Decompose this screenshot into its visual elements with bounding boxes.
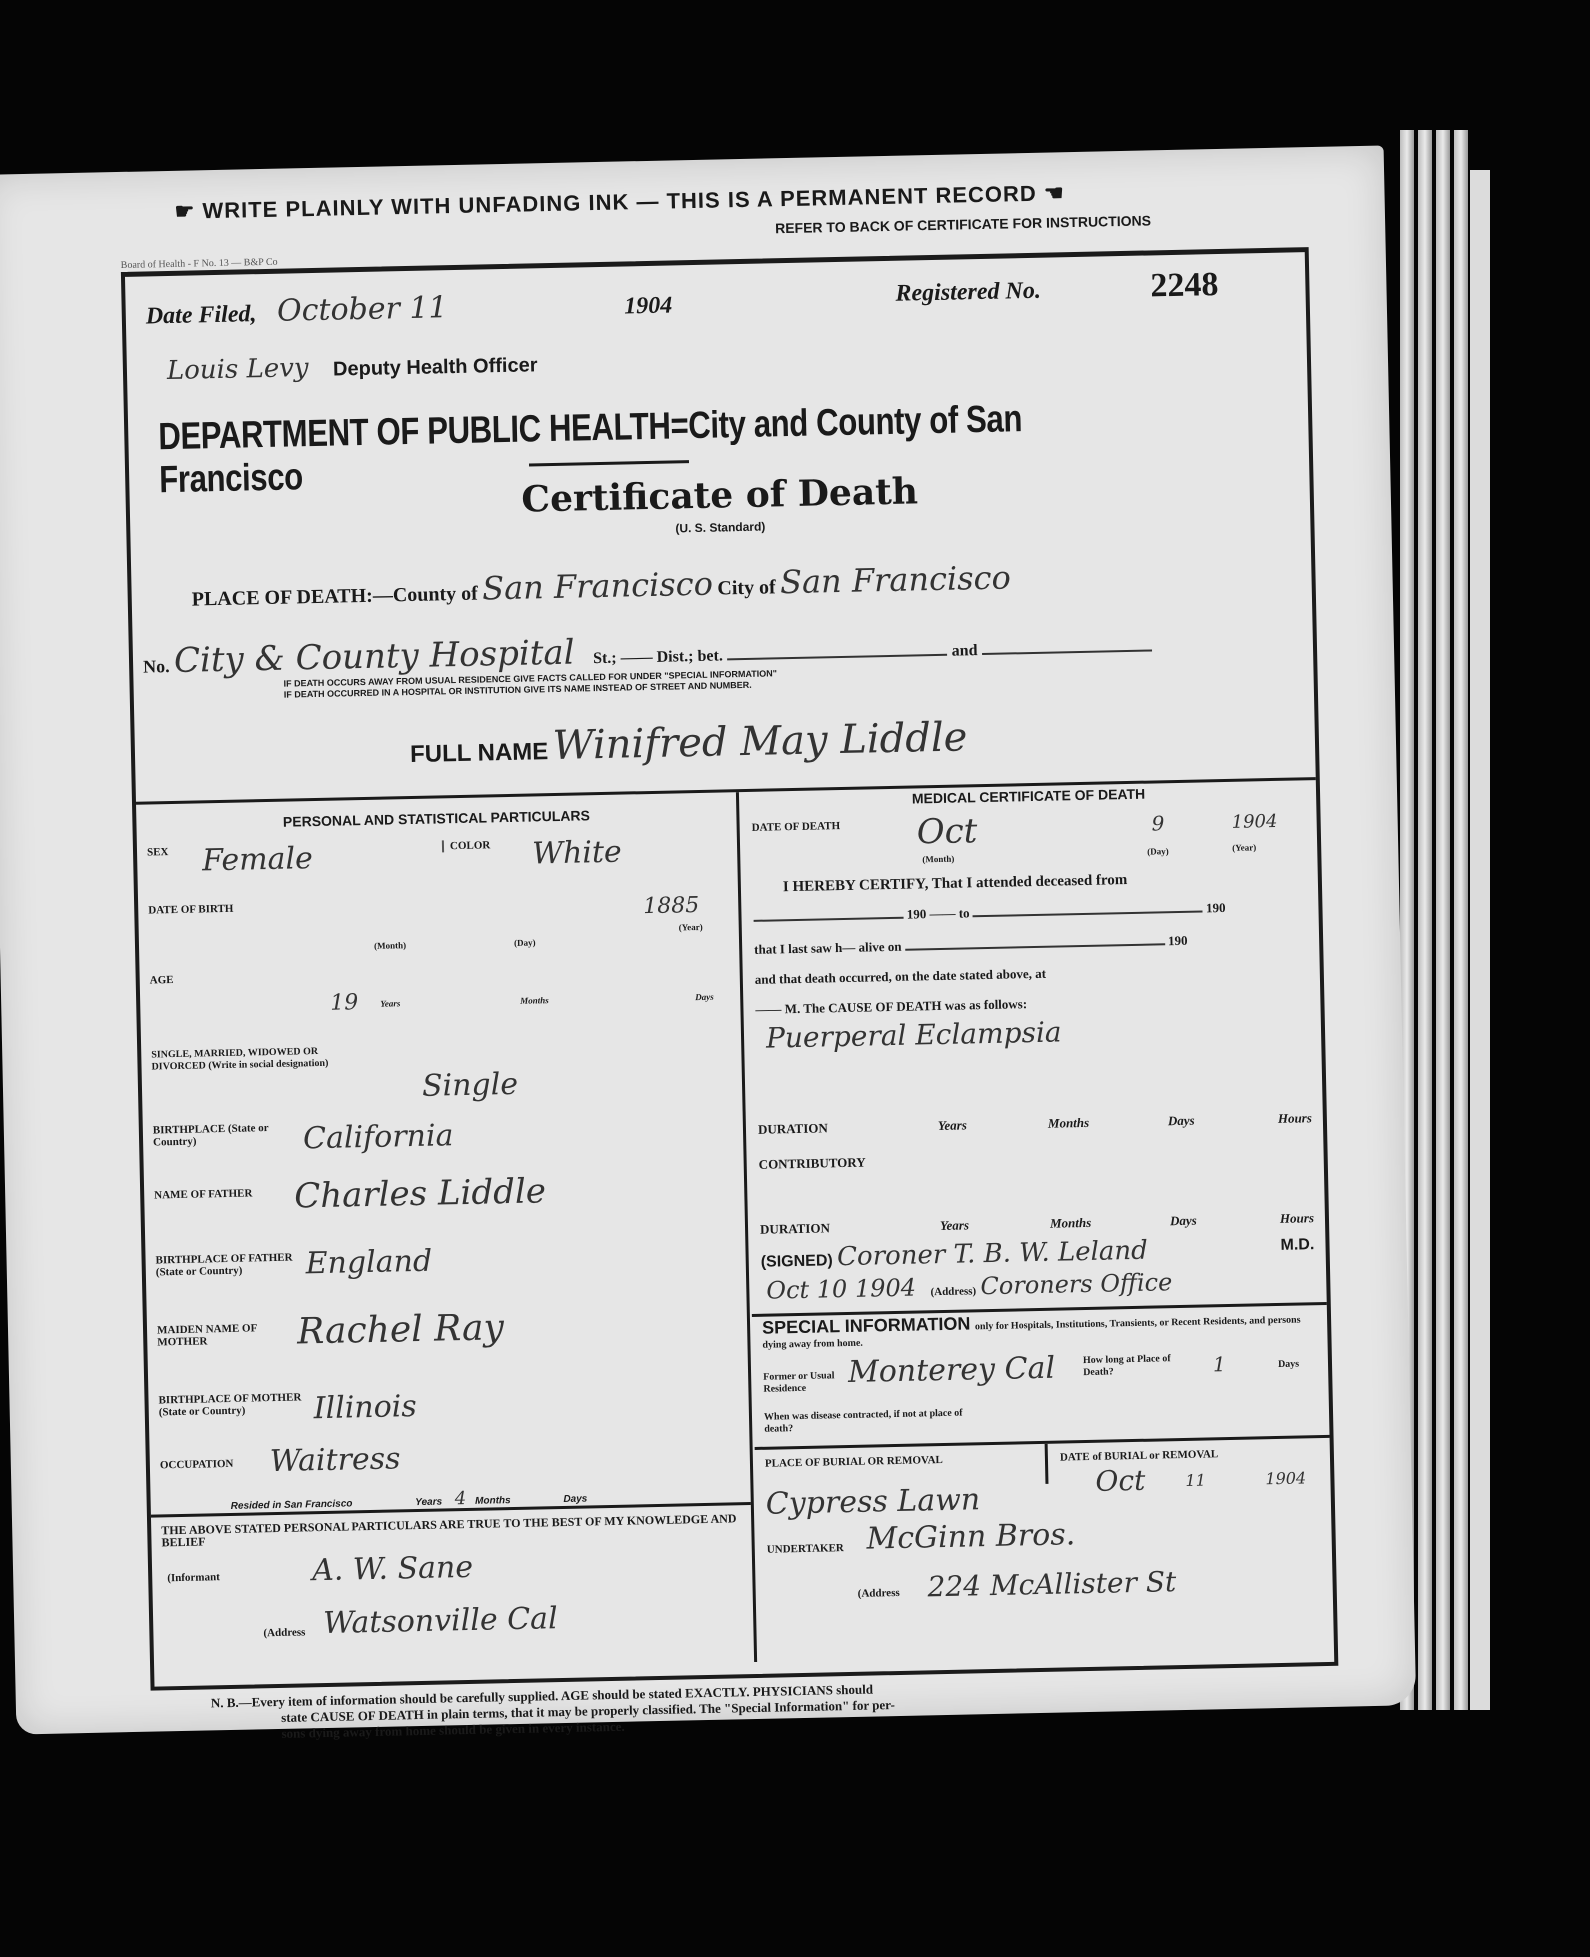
city-value: San Francisco <box>780 558 1011 601</box>
undertaker-value: McGinn Bros. <box>866 1517 1075 1556</box>
pointing-hand-icon: ☚ <box>1044 180 1065 205</box>
personal-particulars-section: PERSONAL AND STATISTICAL PARTICULARS SEX… <box>136 792 757 1674</box>
death-certificate-page: ☛ WRITE PLAINLY WITH UNFADING INK — THIS… <box>0 146 1416 1735</box>
marital-value: Single <box>422 1067 519 1104</box>
medical-certificate-section: MEDICAL CERTIFICATE OF DEATH DATE OF DEA… <box>741 770 1334 1662</box>
burial-place-value: Cypress Lawn <box>765 1482 980 1521</box>
sex-value: Female <box>202 841 313 878</box>
duration-row: DURATION Years Months Days Hours <box>758 1110 1318 1138</box>
date-filed-value: October 11 <box>277 290 448 329</box>
dob-year-value: 1885 <box>643 893 700 919</box>
dod-month-value: Oct <box>916 811 977 852</box>
informant-value: A. W. Sane <box>312 1550 474 1588</box>
burial-date-year: 1904 <box>1265 1468 1306 1488</box>
signed-date-row: Oct 10 1904 (Address) Coroners Office <box>766 1268 1172 1304</box>
occupation-value: Waitress <box>269 1441 400 1479</box>
instructions-notice: REFER TO BACK OF CERTIFICATE FOR INSTRUC… <box>775 212 1151 236</box>
filed-year: 1904 <box>624 292 673 319</box>
dod-year-value: 1904 <box>1231 811 1277 833</box>
dod-day-value: 9 <box>1151 811 1164 835</box>
certificate-frame: Date Filed, October 11 1904 Registered N… <box>121 247 1338 1691</box>
signed-address-value: Coroners Office <box>980 1268 1172 1300</box>
full-name-row: FULL NAME Winifred May Liddle <box>409 714 967 772</box>
mother-birthplace-value: Illinois <box>313 1389 417 1426</box>
resided-months-value: 4 <box>455 1488 467 1509</box>
officer-signature: Louis Levy <box>167 353 309 386</box>
burial-date-month: Oct <box>1095 1464 1146 1498</box>
color-value: White <box>532 835 622 872</box>
burial-date-day: 11 <box>1185 1471 1206 1490</box>
full-name-value: Winifred May Liddle <box>552 714 968 769</box>
usual-residence-value: Monterey Cal <box>848 1351 1056 1390</box>
father-birthplace-value: England <box>305 1244 432 1282</box>
age-years-value: 19 <box>330 990 359 1016</box>
signed-date-value: Oct 10 1904 <box>766 1274 916 1305</box>
how-long-value: 1 <box>1213 1352 1226 1376</box>
contributory-duration-row: DURATION Years Months Days Hours <box>760 1210 1320 1238</box>
birthplace-value: California <box>303 1118 454 1156</box>
special-information-block: SPECIAL INFORMATION only for Hospitals, … <box>762 1310 1323 1352</box>
officer-row: Louis Levy Deputy Health Officer <box>167 348 538 386</box>
signed-row: (SIGNED) Coroner T. B. W. Leland <box>760 1236 1148 1274</box>
father-value: Charles Liddle <box>294 1171 546 1216</box>
undertaker-address-value: 224 McAllister St <box>927 1565 1176 1603</box>
mother-value: Rachel Ray <box>297 1307 505 1352</box>
date-filed-row: Date Filed, October 11 1904 Registered N… <box>145 273 1285 332</box>
signed-by-value: Coroner T. B. W. Leland <box>837 1236 1148 1273</box>
footnote: N. B.—Every item of information should b… <box>211 1681 896 1743</box>
registered-number: 2248 <box>1150 266 1219 305</box>
cause-of-death-value: Puerperal Eclampsia <box>766 1015 1062 1054</box>
book-page-edges <box>1400 130 1490 1710</box>
informant-address-value: Watsonville Cal <box>323 1601 558 1641</box>
county-value: San Francisco <box>482 565 713 608</box>
pointing-hand-icon: ☛ <box>174 198 202 224</box>
place-of-death-row: PLACE OF DEATH:—County of San Francisco … <box>191 558 1011 613</box>
